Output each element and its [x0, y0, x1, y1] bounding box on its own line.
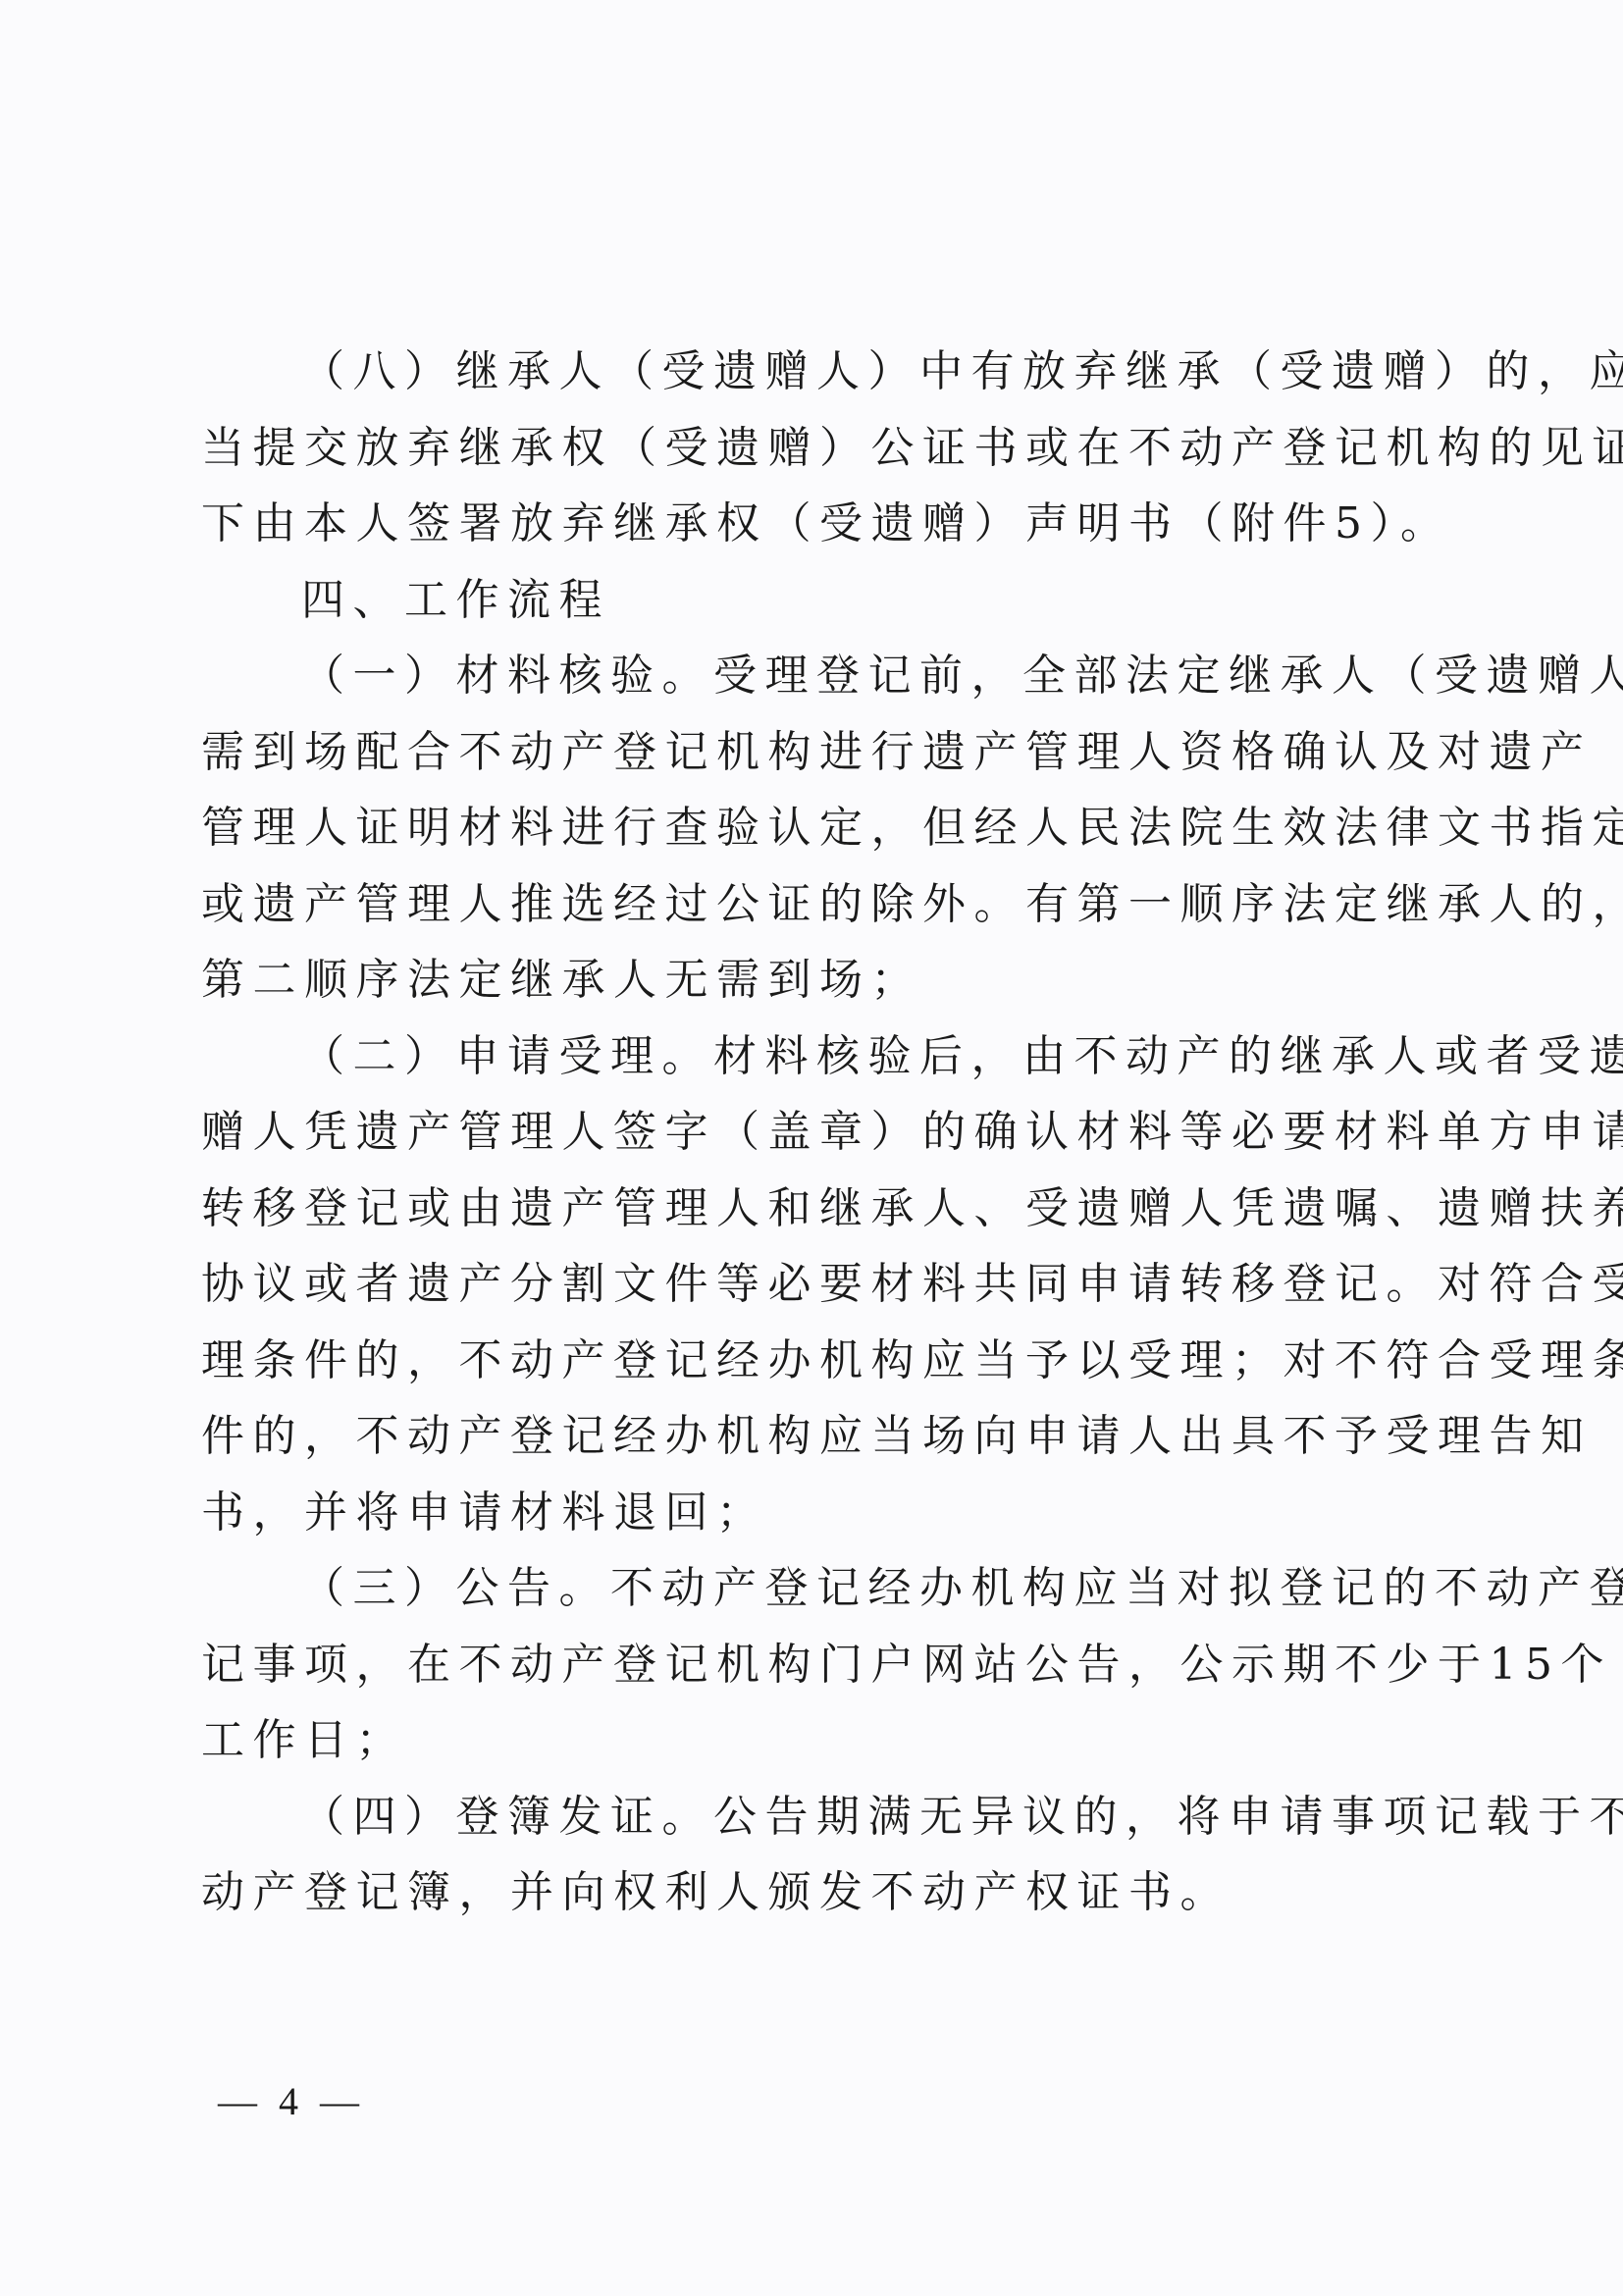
- text-line: （二）申请受理。材料核验后，由不动产的继承人或者受遗: [201, 1018, 1393, 1095]
- document-body: （八）继承人（受遗赠人）中有放弃继承（受遗赠）的，应 当提交放弃继承权（受遗赠）…: [201, 334, 1393, 1931]
- text-line: 当提交放弃继承权（受遗赠）公证书或在不动产登记机构的见证: [201, 410, 1393, 487]
- text-line: 件的，不动产登记经办机构应当场向申请人出具不予受理告知: [201, 1398, 1393, 1475]
- text-line: 工作日；: [201, 1702, 1393, 1779]
- paragraph-step-4: （四）登簿发证。公告期满无异议的，将申请事项记载于不 动产登记簿，并向权利人颁发…: [201, 1779, 1393, 1931]
- section-heading: 四、工作流程: [201, 562, 1393, 639]
- text-line: （一）材料核验。受理登记前，全部法定继承人（受遗赠人）: [201, 638, 1393, 714]
- text-line: 转移登记或由遗产管理人和继承人、受遗赠人凭遗嘱、遗赠扶养: [201, 1171, 1393, 1247]
- text-line: 需到场配合不动产登记机构进行遗产管理人资格确认及对遗产: [201, 714, 1393, 791]
- text-line: 赠人凭遗产管理人签字（盖章）的确认材料等必要材料单方申请: [201, 1094, 1393, 1171]
- paragraph-step-3: （三）公告。不动产登记经办机构应当对拟登记的不动产登 记事项，在不动产登记机构门…: [201, 1550, 1393, 1779]
- section-title: 四、工作流程: [201, 562, 1393, 639]
- text-line: 理条件的，不动产登记经办机构应当予以受理；对不符合受理条: [201, 1323, 1393, 1399]
- text-line: 动产登记簿，并向权利人颁发不动产权证书。: [201, 1854, 1393, 1931]
- text-line: 或遗产管理人推选经过公证的除外。有第一顺序法定继承人的，: [201, 866, 1393, 943]
- text-line: 书，并将申请材料退回；: [201, 1475, 1393, 1551]
- text-line: 下由本人签署放弃继承权（受遗赠）声明书（附件5）。: [201, 486, 1393, 562]
- text-line: （八）继承人（受遗赠人）中有放弃继承（受遗赠）的，应: [201, 334, 1393, 410]
- text-line: 第二顺序法定继承人无需到场；: [201, 942, 1393, 1018]
- paragraph-step-2: （二）申请受理。材料核验后，由不动产的继承人或者受遗 赠人凭遗产管理人签字（盖章…: [201, 1018, 1393, 1551]
- paragraph-item-8: （八）继承人（受遗赠人）中有放弃继承（受遗赠）的，应 当提交放弃继承权（受遗赠）…: [201, 334, 1393, 562]
- paragraph-step-1: （一）材料核验。受理登记前，全部法定继承人（受遗赠人） 需到场配合不动产登记机构…: [201, 638, 1393, 1018]
- text-line: （三）公告。不动产登记经办机构应当对拟登记的不动产登: [201, 1550, 1393, 1627]
- text-line: 记事项，在不动产登记机构门户网站公告，公示期不少于15个: [201, 1627, 1393, 1703]
- text-line: 管理人证明材料进行查验认定，但经人民法院生效法律文书指定: [201, 790, 1393, 866]
- document-page: （八）继承人（受遗赠人）中有放弃继承（受遗赠）的，应 当提交放弃继承权（受遗赠）…: [0, 0, 1623, 2296]
- text-line: 协议或者遗产分割文件等必要材料共同申请转移登记。对符合受: [201, 1246, 1393, 1323]
- page-number: — 4 —: [218, 2078, 365, 2124]
- text-line: （四）登簿发证。公告期满无异议的，将申请事项记载于不: [201, 1779, 1393, 1855]
